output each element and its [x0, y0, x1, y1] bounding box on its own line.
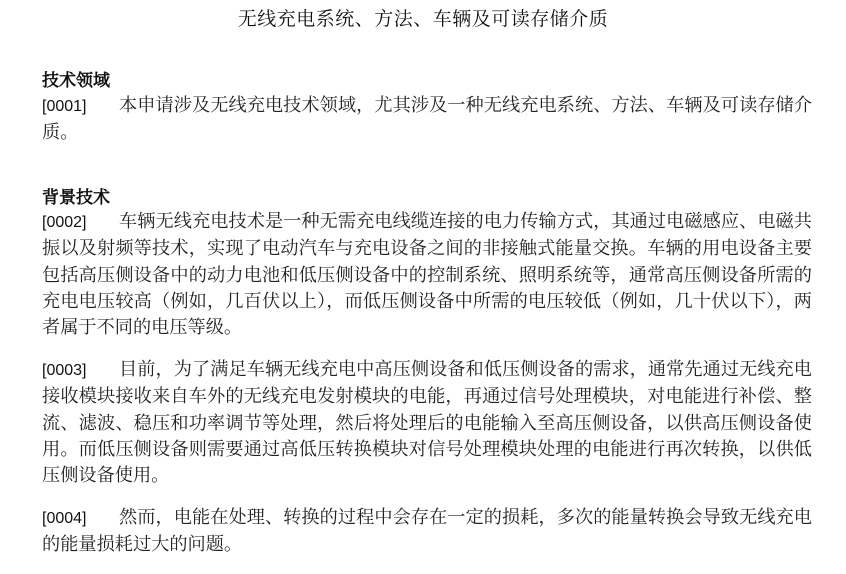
section-heading-background: 背景技术 [42, 183, 110, 208]
paragraph-0002: [0002]车辆无线充电技术是一种无需充电线缆连接的电力传输方式，其通过电磁感应… [42, 209, 812, 341]
paragraph-0003: [0003]目前，为了满足车辆无线充电中高压侧设备和低压侧设备的需求，通常先通过… [42, 357, 812, 489]
paragraph-0001: [0001]本申请涉及无线充电技术领域，尤其涉及一种无线充电系统、方法、车辆及可… [42, 93, 812, 147]
paragraph-number: [0003] [42, 358, 119, 384]
paragraph-number: [0004] [42, 506, 119, 532]
paragraph-number: [0002] [42, 210, 119, 236]
paragraph-text: 车辆无线充电技术是一种无需充电线缆连接的电力传输方式，其通过电磁感应、电磁共振以… [42, 211, 812, 338]
paragraph-text: 目前，为了满足车辆无线充电中高压侧设备和低压侧设备的需求，通常先通过无线充电接收… [42, 359, 812, 486]
paragraph-number: [0001] [42, 94, 119, 120]
paragraph-text: 本申请涉及无线充电技术领域，尤其涉及一种无线充电系统、方法、车辆及可读存储介质。 [42, 95, 812, 143]
paragraph-text: 然而，电能在处理、转换的过程中会存在一定的损耗，多次的能量转换会导致无线充电的能… [42, 507, 812, 555]
section-heading-technical-field: 技术领域 [42, 66, 110, 91]
document-title: 无线充电系统、方法、车辆及可读存储介质 [0, 4, 846, 31]
paragraph-0004: [0004]然而，电能在处理、转换的过程中会存在一定的损耗，多次的能量转换会导致… [42, 505, 812, 559]
